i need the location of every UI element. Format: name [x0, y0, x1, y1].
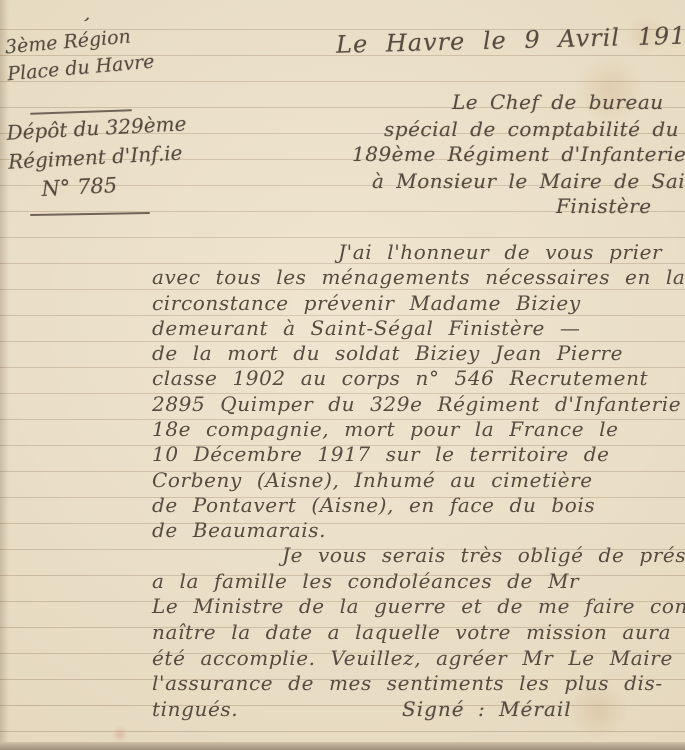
handwritten-line: de Beaumarais.: [152, 518, 685, 543]
handwritten-line: Je vous serais très obligé de présenter: [152, 543, 685, 569]
sender-line: spécial de comptabilité du: [384, 117, 679, 141]
handwritten-line: J'ai l'honneur de vous prier: [152, 240, 685, 265]
handwritten-line: classe 1902 au corps n° 546 Recrutement: [152, 366, 685, 391]
body-paragraph-2: Je vous serais très obligé de présenter …: [152, 543, 685, 723]
handwritten-line: de la mort du soldat Biziey Jean Pierre: [152, 341, 685, 366]
sender-line: 189ème Régiment d'Infanterie: [352, 142, 685, 166]
handwritten-line: circonstance prévenir Madame Biziey: [152, 291, 685, 316]
body-paragraph-1: J'ai l'honneur de vous prier avec tous l…: [152, 240, 685, 544]
underline-stroke: [30, 212, 150, 216]
recipient-line: à Monsieur le Maire de Saint-Ségal: [372, 169, 685, 193]
dateline: Le Havre le 9 Avril 1919: [336, 21, 685, 59]
letterhead-region-block: 3ème Région Place du Havre: [4, 22, 156, 89]
handwritten-line: 18e compagnie, mort pour la France le: [152, 417, 685, 442]
handwritten-line: a la famille les condoléances de Mr: [152, 569, 685, 595]
handwritten-line: Corbeny (Aisne), Inhumé au cimetière: [152, 468, 685, 493]
handwritten-line: 10 Décembre 1917 sur le territoire de: [152, 442, 685, 467]
handwritten-line: été accomplie. Veuillez, agréer Mr Le Ma…: [152, 646, 685, 672]
handwritten-line: demeurant à Saint-Ségal Finistère —: [152, 316, 685, 341]
letter-page: ’ 3ème Région Place du Havre Dépôt du 32…: [0, 0, 685, 750]
letterhead-depot-block: Dépôt du 329ème Régiment d'Inf.ie N° 785: [6, 109, 190, 205]
signature: Signé : Mérail: [402, 697, 572, 721]
handwritten-line: Le Ministre de la guerre et de me faire …: [152, 594, 685, 620]
handwritten-line: 2895 Quimper du 329e Régiment d'Infanter…: [152, 392, 685, 417]
handwritten-line: naître la date a laquelle votre mission …: [152, 620, 685, 646]
handwritten-line: avec tous les ménagements nécessaires en…: [152, 265, 685, 290]
handwritten-line: de Pontavert (Aisne), en face du bois: [152, 493, 685, 518]
page-bottom-edge: [0, 742, 685, 750]
recipient-department: Finistère: [556, 194, 652, 218]
handwritten-line: l'assurance de mes sentiments les plus d…: [152, 671, 685, 697]
sender-line: Le Chef de bureau: [452, 90, 664, 114]
